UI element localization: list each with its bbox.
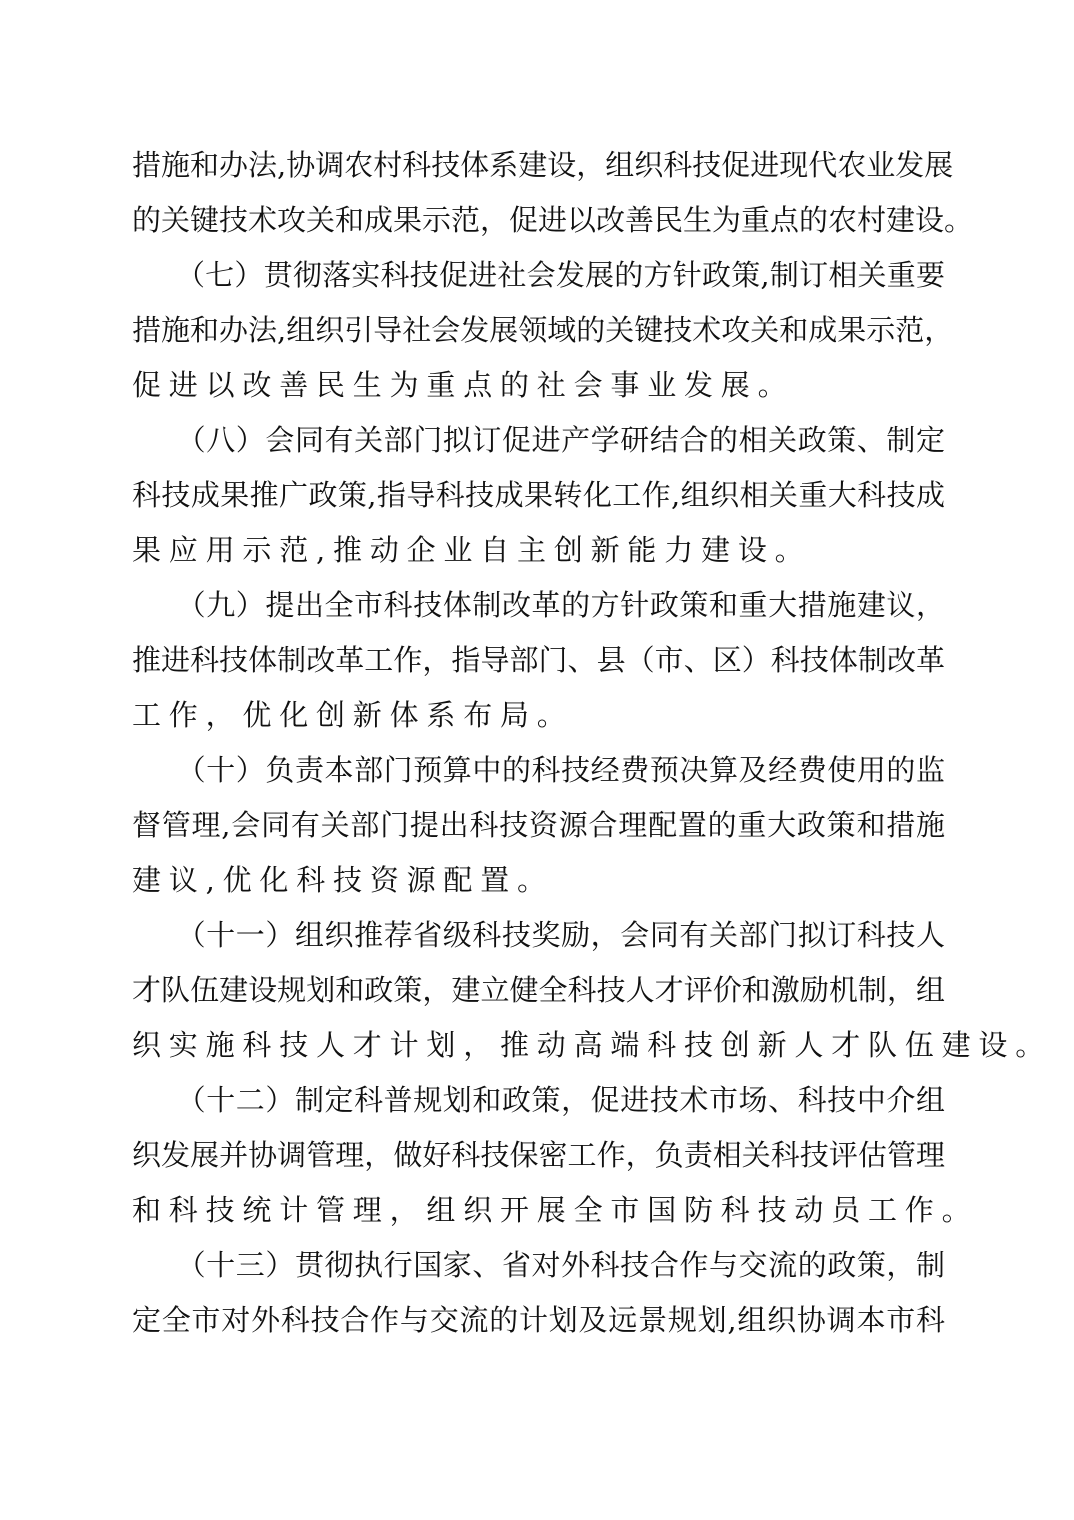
paragraph-12-start: （十二）制定科普规划和政策，促进技术市场、科技中介组 [132, 1073, 945, 1128]
text-line: 建议,优化科技资源配置。 [132, 853, 945, 908]
paragraph-8-start: （八）会同有关部门拟订促进产学研结合的相关政策、制定 [132, 413, 945, 468]
paragraph-10-start: （十）负责本部门预算中的科技经费预决算及经费使用的监 [132, 743, 945, 798]
text-line: 科技成果推广政策,指导科技成果转化工作,组织相关重大科技成 [132, 468, 945, 523]
text-line: 措施和办法,组织引导社会发展领域的关键技术攻关和成果示范， [132, 303, 945, 358]
paragraph-9-start: （九）提出全市科技体制改革的方针政策和重大措施建议， [132, 578, 945, 633]
text-line: 才队伍建设规划和政策，建立健全科技人才评价和激励机制，组 [132, 963, 945, 1018]
text-line: 促进以改善民生为重点的社会事业发展。 [132, 358, 945, 413]
document-body: 措施和办法,协调农村科技体系建设，组织科技促进现代农业发展 的关键技术攻关和成果… [132, 138, 945, 1348]
text-line: 的关键技术攻关和成果示范，促进以改善民生为重点的农村建设。 [132, 193, 945, 248]
paragraph-13-start: （十三）贯彻执行国家、省对外科技合作与交流的政策，制 [132, 1238, 945, 1293]
text-line: 定全市对外科技合作与交流的计划及远景规划,组织协调本市科 [132, 1293, 945, 1348]
text-line: 督管理,会同有关部门提出科技资源合理配置的重大政策和措施 [132, 798, 945, 853]
paragraph-7-start: （七）贯彻落实科技促进社会发展的方针政策,制订相关重要 [132, 248, 945, 303]
text-line: 和科技统计管理，组织开展全市国防科技动员工作。 [132, 1183, 945, 1238]
text-line: 织实施科技人才计划，推动高端科技创新人才队伍建设。 [132, 1018, 945, 1073]
paragraph-11-start: （十一）组织推荐省级科技奖励，会同有关部门拟订科技人 [132, 908, 945, 963]
text-line: 工作，优化创新体系布局。 [132, 688, 945, 743]
text-line: 推进科技体制改革工作，指导部门、县（市、区）科技体制改革 [132, 633, 945, 688]
document-page: 措施和办法,协调农村科技体系建设，组织科技促进现代农业发展 的关键技术攻关和成果… [0, 0, 1074, 1520]
text-line: 织发展并协调管理，做好科技保密工作，负责相关科技评估管理 [132, 1128, 945, 1183]
text-line: 措施和办法,协调农村科技体系建设，组织科技促进现代农业发展 [132, 138, 945, 193]
text-line: 果应用示范,推动企业自主创新能力建设。 [132, 523, 945, 578]
